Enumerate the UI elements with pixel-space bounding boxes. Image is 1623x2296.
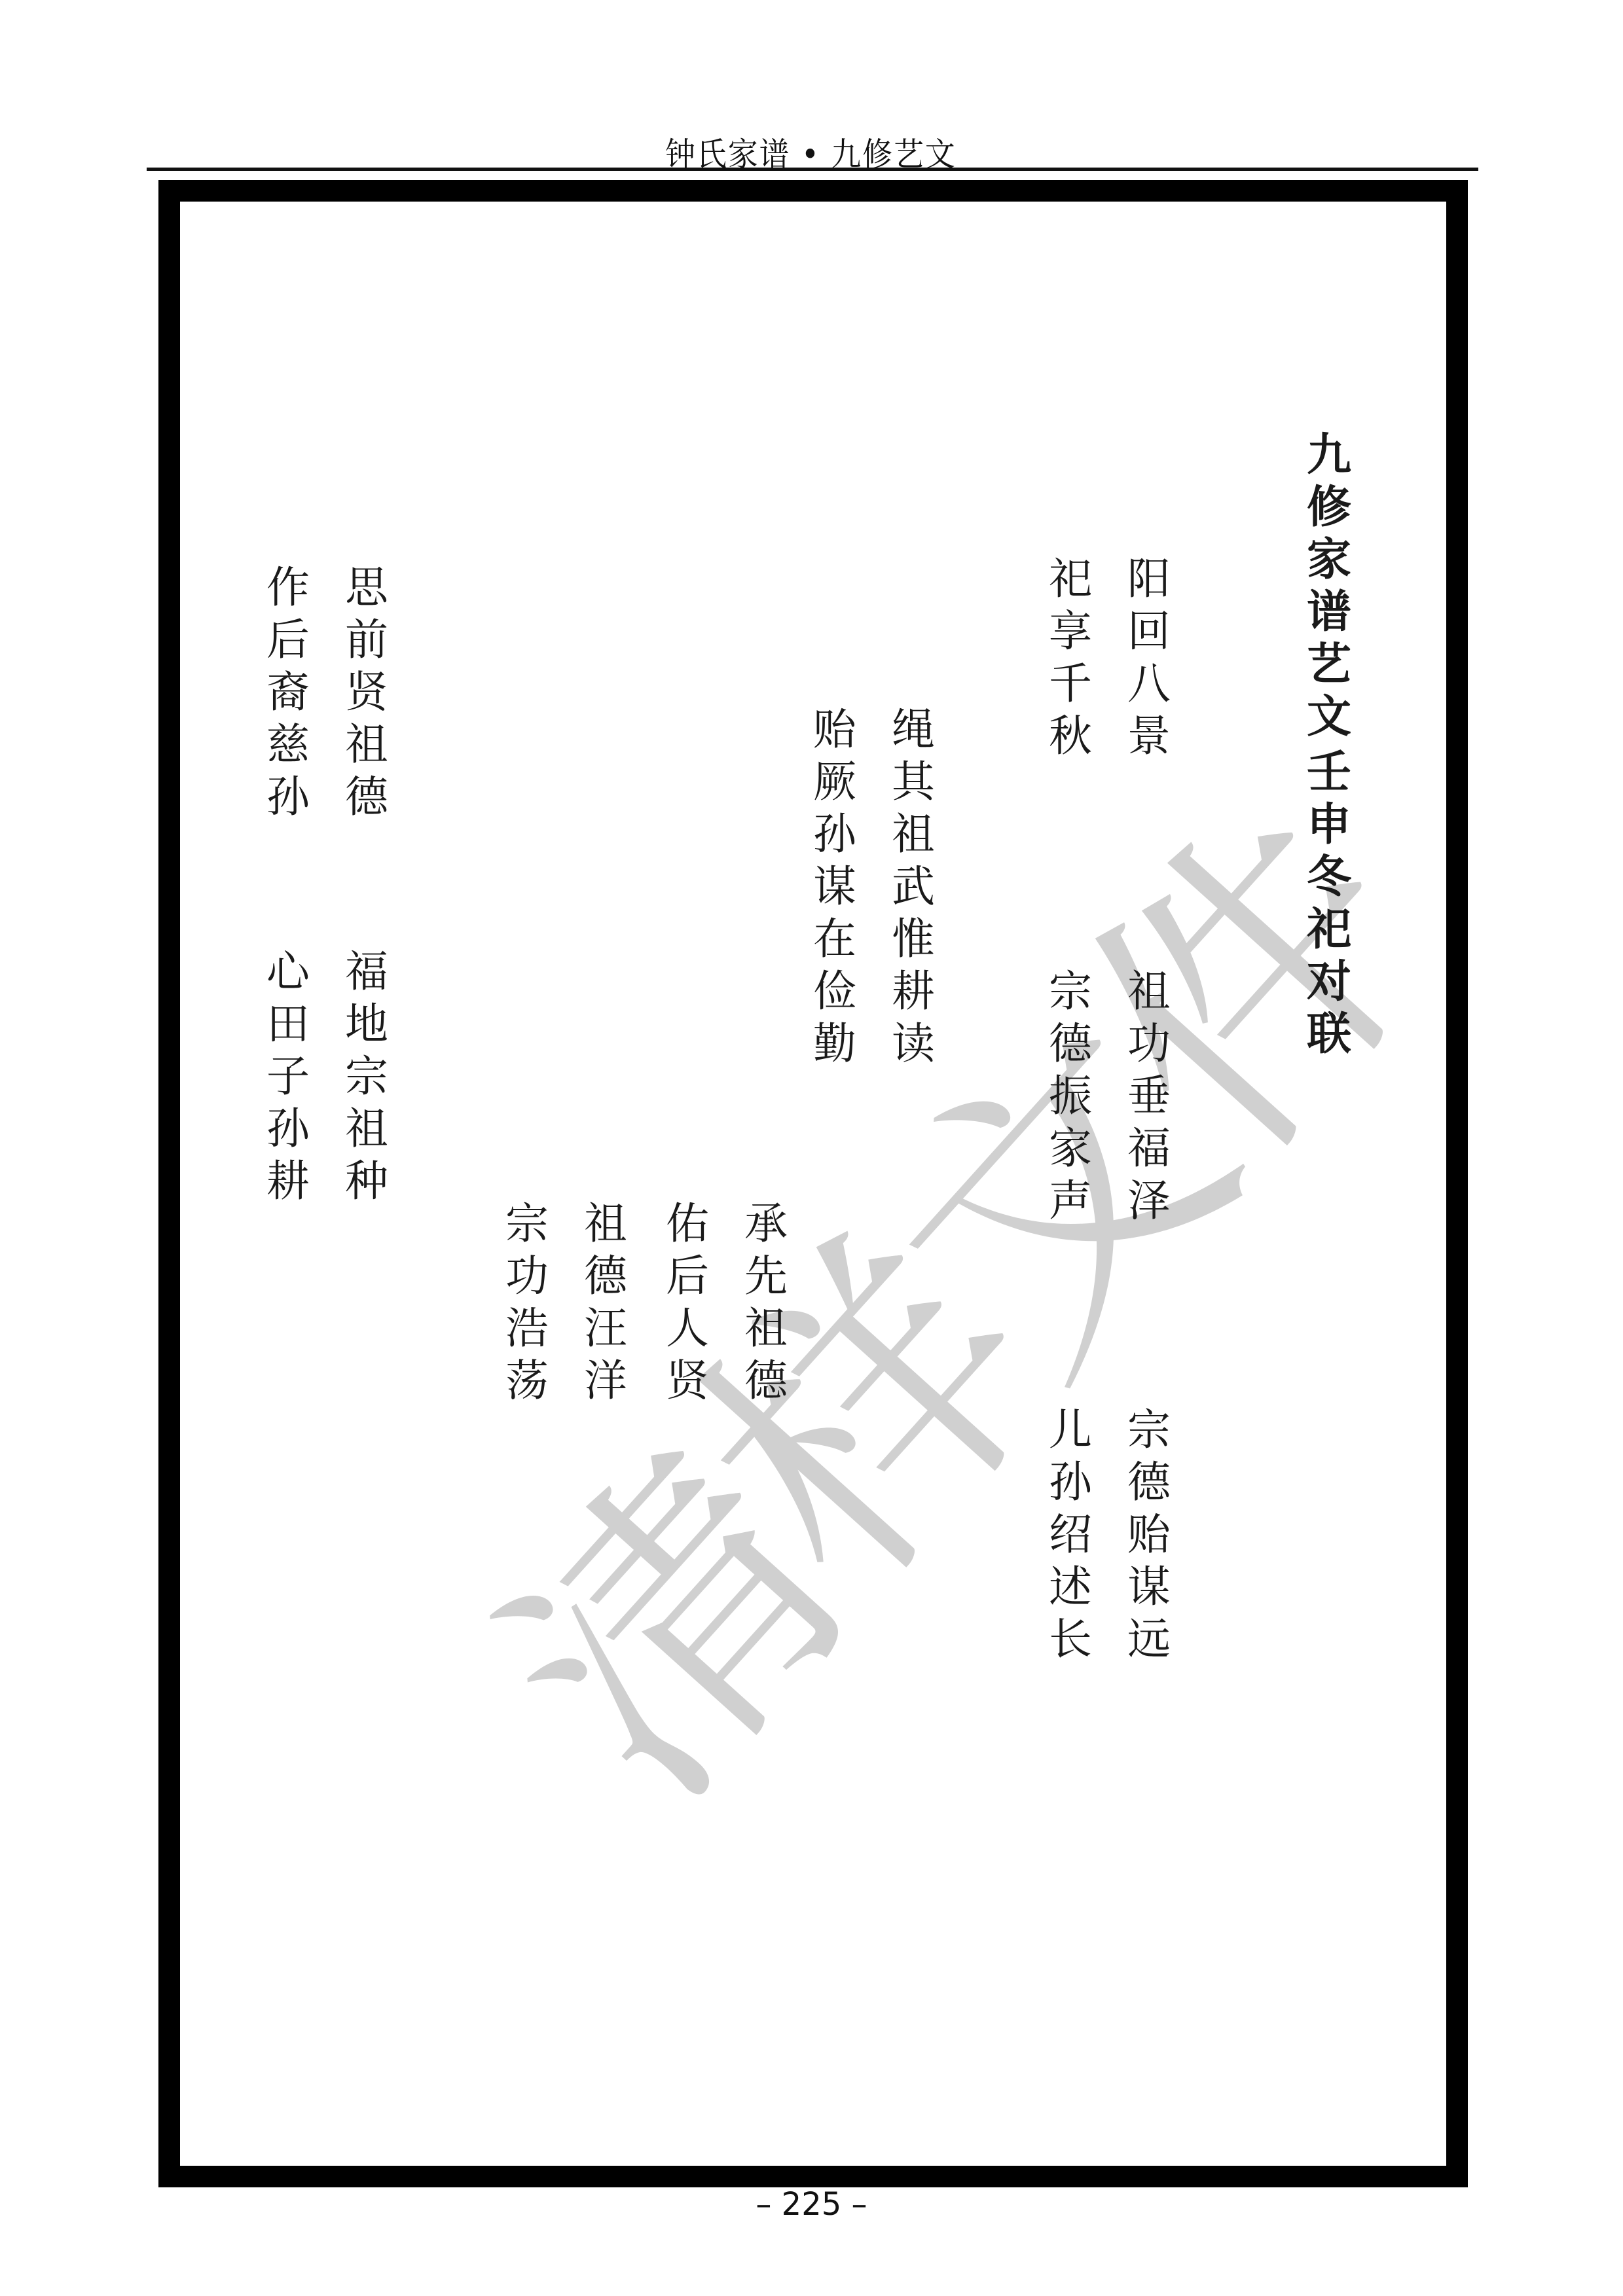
- column-character: 浩: [501, 1302, 553, 1355]
- column-character: 家: [1044, 1122, 1097, 1175]
- column-character: 绍: [1044, 1509, 1097, 1561]
- column-character: 后: [262, 614, 314, 666]
- column-character: 谱: [1303, 586, 1355, 638]
- column-character: 九: [1303, 429, 1355, 481]
- column-character: 祀: [1303, 903, 1355, 956]
- column-character: 祖: [887, 808, 939, 861]
- column-character: 回: [1123, 605, 1175, 658]
- column-character: 汪: [579, 1302, 632, 1355]
- column-character: 功: [501, 1250, 553, 1302]
- column-character: 孙: [809, 808, 861, 861]
- column-character: 申: [1303, 798, 1355, 851]
- couplet-3-upper: 宗德贻谋远: [1123, 1404, 1175, 1666]
- column-character: 孙: [262, 771, 314, 823]
- column-character: 功: [1123, 1018, 1175, 1070]
- column-character: 孙: [262, 1103, 314, 1155]
- column-character: 德: [740, 1355, 792, 1407]
- column-character: 祖: [340, 719, 393, 771]
- column-character: 福: [340, 946, 393, 998]
- column-character: 承: [740, 1198, 792, 1250]
- column-character: 其: [887, 756, 939, 808]
- column-character: 耕: [887, 965, 939, 1018]
- column-character: 德: [1123, 1456, 1175, 1509]
- column-character: 祖: [579, 1198, 632, 1250]
- column-character: 艺: [1303, 638, 1355, 691]
- couplet-3-lower: 儿孙绍述长: [1044, 1404, 1097, 1666]
- column-character: 勤: [809, 1018, 861, 1070]
- column-character: 德: [1044, 1018, 1097, 1070]
- couplet-5-col-3: 祖德汪洋: [579, 1198, 632, 1407]
- column-character: 前: [340, 614, 393, 666]
- column-character: 儿: [1044, 1404, 1097, 1456]
- column-character: 作: [262, 562, 314, 614]
- column-character: 贤: [340, 666, 393, 719]
- couplet-4-lower: 贻厥孙谋在俭勤: [809, 704, 861, 1070]
- column-character: 壬: [1303, 746, 1355, 798]
- column-character: 佑: [661, 1198, 714, 1250]
- column-character: 德: [340, 771, 393, 823]
- couplet-7-lower: 心田子孙耕: [262, 946, 314, 1208]
- couplet-5-col-1: 承先祖德: [740, 1198, 792, 1407]
- couplet-1-upper: 阳回八景: [1123, 553, 1175, 762]
- column-character: 对: [1303, 956, 1355, 1008]
- column-character: 贻: [1123, 1509, 1175, 1561]
- column-character: 裔: [262, 666, 314, 719]
- column-character: 景: [1123, 710, 1175, 762]
- couplet-5-col-4: 宗功浩荡: [501, 1198, 553, 1407]
- column-character: 谋: [1123, 1561, 1175, 1613]
- column-character: 泽: [1123, 1175, 1175, 1227]
- column-character: 德: [579, 1250, 632, 1302]
- column-character: 种: [340, 1155, 393, 1208]
- column-character: 垂: [1123, 1070, 1175, 1122]
- column-character: 福: [1123, 1122, 1175, 1175]
- column-character: 慈: [262, 719, 314, 771]
- column-character: 先: [740, 1250, 792, 1302]
- column-character: 在: [809, 913, 861, 965]
- column-character: 修: [1303, 481, 1355, 533]
- column-character: 洋: [579, 1355, 632, 1407]
- title-main: 九修家谱艺文: [1303, 429, 1355, 743]
- column-character: 振: [1044, 1070, 1097, 1122]
- column-character: 惟: [887, 913, 939, 965]
- couplet-6-upper: 思前贤祖德: [340, 562, 393, 823]
- column-character: 心: [262, 946, 314, 998]
- couplet-7-upper: 福地宗祖种: [340, 946, 393, 1208]
- column-character: 冬: [1303, 851, 1355, 903]
- column-character: 宗: [1044, 965, 1097, 1018]
- column-character: 宗: [1123, 1404, 1175, 1456]
- column-character: 绳: [887, 704, 939, 756]
- column-character: 宗: [340, 1050, 393, 1103]
- column-character: 耕: [262, 1155, 314, 1208]
- column-character: 田: [262, 998, 314, 1050]
- couplet-6-lower: 作后裔慈孙: [262, 562, 314, 823]
- column-character: 文: [1303, 691, 1355, 743]
- header-rule: [147, 168, 1478, 171]
- column-character: 述: [1044, 1561, 1097, 1613]
- couplet-2-lower: 宗德振家声: [1044, 965, 1097, 1227]
- column-character: 厥: [809, 756, 861, 808]
- column-character: 八: [1123, 658, 1175, 710]
- column-character: 秋: [1044, 710, 1097, 762]
- column-character: 声: [1044, 1175, 1097, 1227]
- column-character: 祖: [1123, 965, 1175, 1018]
- column-character: 远: [1123, 1613, 1175, 1666]
- column-character: 孙: [1044, 1456, 1097, 1509]
- column-character: 武: [887, 861, 939, 913]
- column-character: 祀: [1044, 553, 1097, 605]
- couplet-5-col-2: 佑后人贤: [661, 1198, 714, 1407]
- column-character: 享: [1044, 605, 1097, 658]
- column-character: 后: [661, 1250, 714, 1302]
- title-sub: 壬申冬祀对联: [1303, 746, 1355, 1060]
- column-character: 读: [887, 1018, 939, 1070]
- column-character: 思: [340, 562, 393, 614]
- column-character: 阳: [1123, 553, 1175, 605]
- column-character: 千: [1044, 658, 1097, 710]
- column-character: 宗: [501, 1198, 553, 1250]
- column-character: 谋: [809, 861, 861, 913]
- couplet-4-upper: 绳其祖武惟耕读: [887, 704, 939, 1070]
- column-character: 俭: [809, 965, 861, 1018]
- column-character: 祖: [340, 1103, 393, 1155]
- couplet-1-lower: 祀享千秋: [1044, 553, 1097, 762]
- column-character: 子: [262, 1050, 314, 1103]
- column-character: 祖: [740, 1302, 792, 1355]
- column-character: 荡: [501, 1355, 553, 1407]
- column-character: 长: [1044, 1613, 1097, 1666]
- couplet-2-upper: 祖功垂福泽: [1123, 965, 1175, 1227]
- column-character: 地: [340, 998, 393, 1050]
- column-character: 贤: [661, 1355, 714, 1407]
- column-character: 家: [1303, 533, 1355, 586]
- column-character: 贻: [809, 704, 861, 756]
- page-number: – 225 –: [0, 2186, 1623, 2223]
- column-character: 人: [661, 1302, 714, 1355]
- column-character: 联: [1303, 1008, 1355, 1060]
